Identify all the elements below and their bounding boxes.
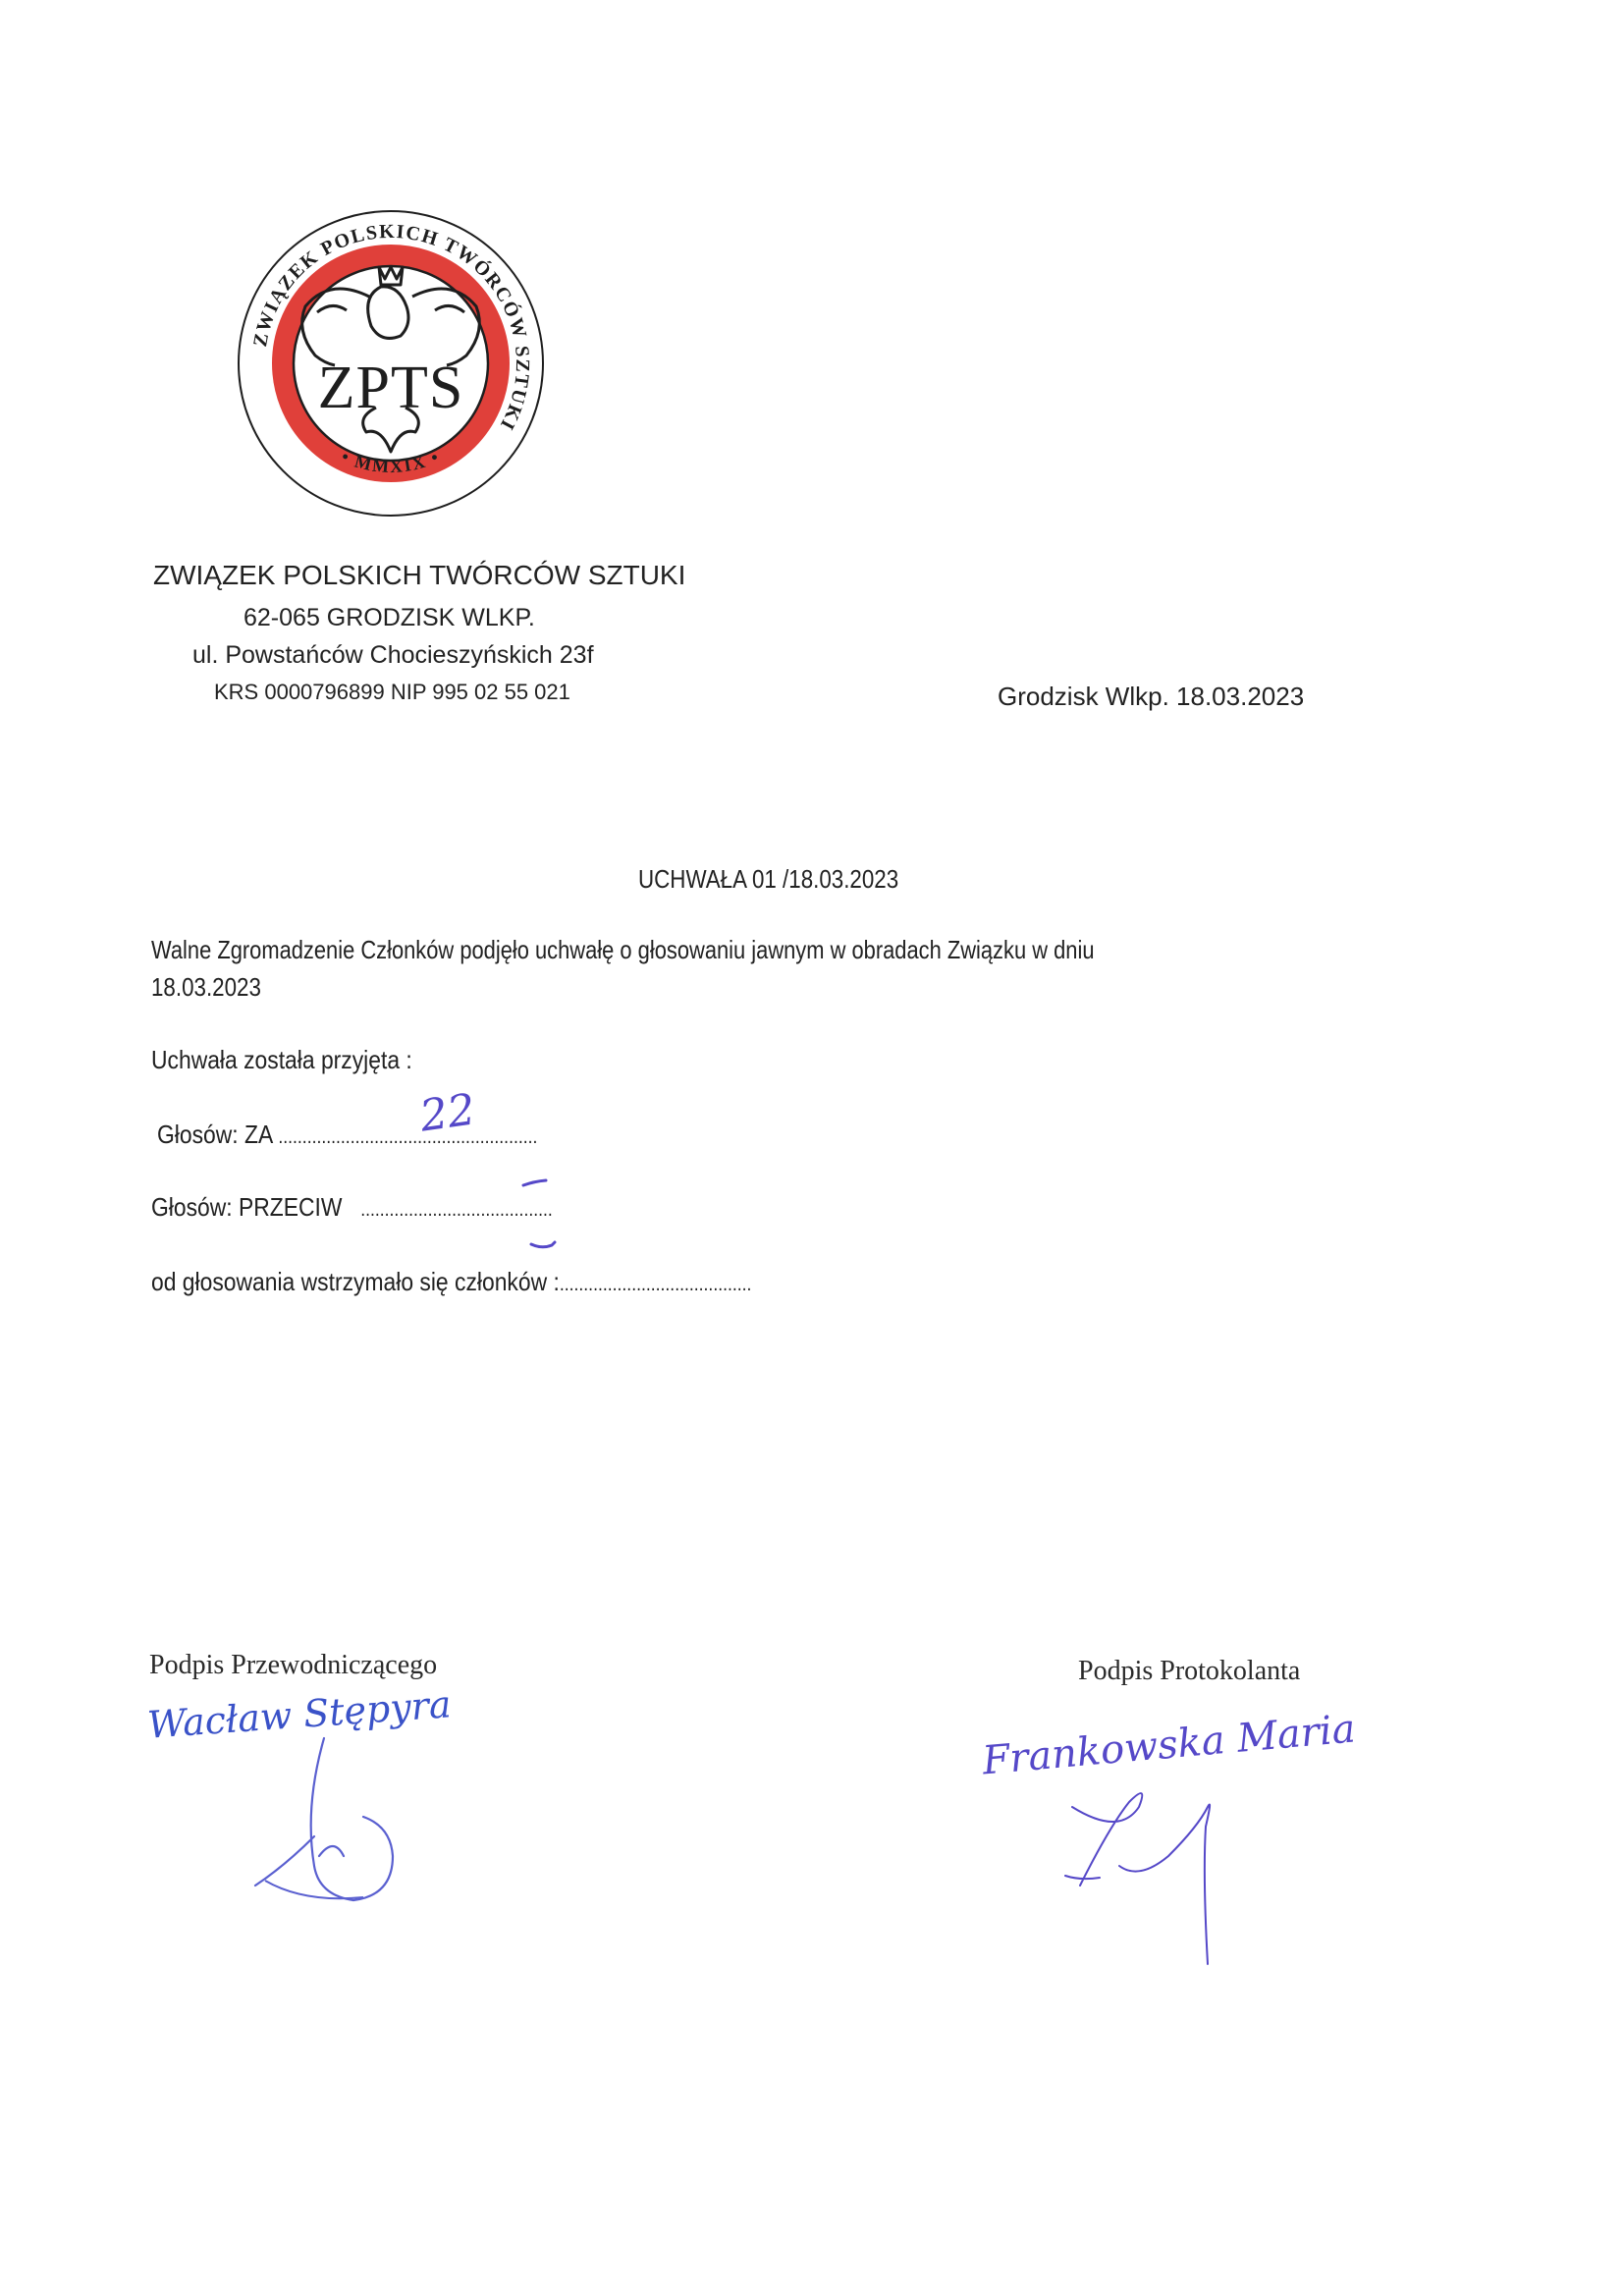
- resolution-body-line-2: 18.03.2023: [151, 972, 261, 1003]
- clerk-handwritten-name: Frankowska Maria: [981, 1706, 1357, 1783]
- votes-against-dotted-line: ........................................: [360, 1199, 553, 1221]
- chair-signature-label: Podpis Przewodniczącego: [149, 1650, 437, 1681]
- votes-for-handwritten-value: 22: [417, 1084, 479, 1141]
- votes-against-handwritten-dash: [520, 1176, 550, 1190]
- clerk-signature-scribble: [1060, 1787, 1296, 1984]
- clerk-signature-label: Podpis Protokolanta: [1078, 1656, 1300, 1687]
- zpts-seal-logo: ZWIĄZEK POLSKICH TWÓRCÓW SZTUKI • MMXIX …: [234, 206, 548, 520]
- org-street-address: ul. Powstańców Chocieszyńskich 23f: [192, 641, 594, 670]
- votes-abstained-label: od głosowania wstrzymało się członków :: [151, 1267, 560, 1296]
- seal-monogram: ZPTS: [318, 355, 464, 421]
- accepted-label: Uchwała została przyjęta :: [151, 1045, 412, 1075]
- votes-abstained-dotted-line: ........................................: [560, 1274, 752, 1295]
- resolution-title: UCHWAŁA 01 /18.03.2023: [638, 864, 898, 895]
- votes-abstained-handwritten-dash: [528, 1239, 558, 1253]
- resolution-body-line-1: Walne Zgromadzenie Członków podjęło uchw…: [151, 935, 1094, 965]
- place-and-date: Grodzisk Wlkp. 18.03.2023: [998, 682, 1304, 712]
- votes-against-label: Głosów: PRZECIW: [151, 1192, 343, 1222]
- votes-abstained-row: od głosowania wstrzymało się członków :.…: [151, 1267, 751, 1297]
- votes-against-row: Głosów: PRZECIW ........................…: [151, 1192, 553, 1223]
- votes-for-label: Głosów: ZA: [157, 1120, 272, 1149]
- org-postal-address: 62-065 GRODZISK WLKP.: [243, 604, 535, 632]
- chair-signature-scribble: [245, 1728, 442, 1915]
- votes-for-row: Głosów: ZA .............................…: [157, 1120, 537, 1150]
- org-name: ZWIĄZEK POLSKICH TWÓRCÓW SZTUKI: [153, 560, 685, 591]
- votes-for-dotted-line: ........................................…: [278, 1126, 537, 1148]
- org-registry-numbers: KRS 0000796899 NIP 995 02 55 021: [214, 680, 570, 705]
